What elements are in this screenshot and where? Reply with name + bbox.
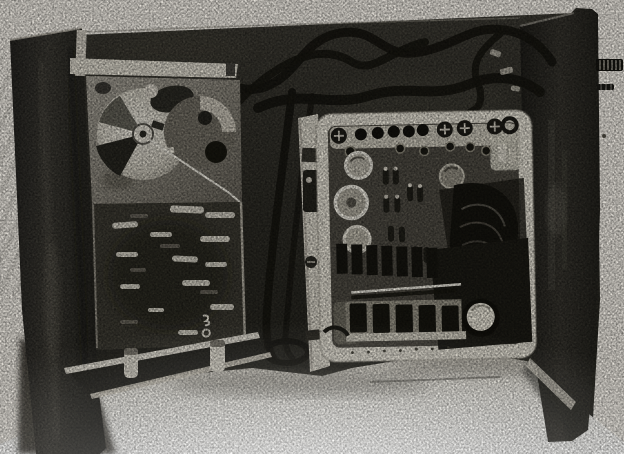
- photo-chassis-interior: [0, 0, 624, 454]
- film-grain: [0, 0, 624, 454]
- photo-artwork: [0, 0, 624, 454]
